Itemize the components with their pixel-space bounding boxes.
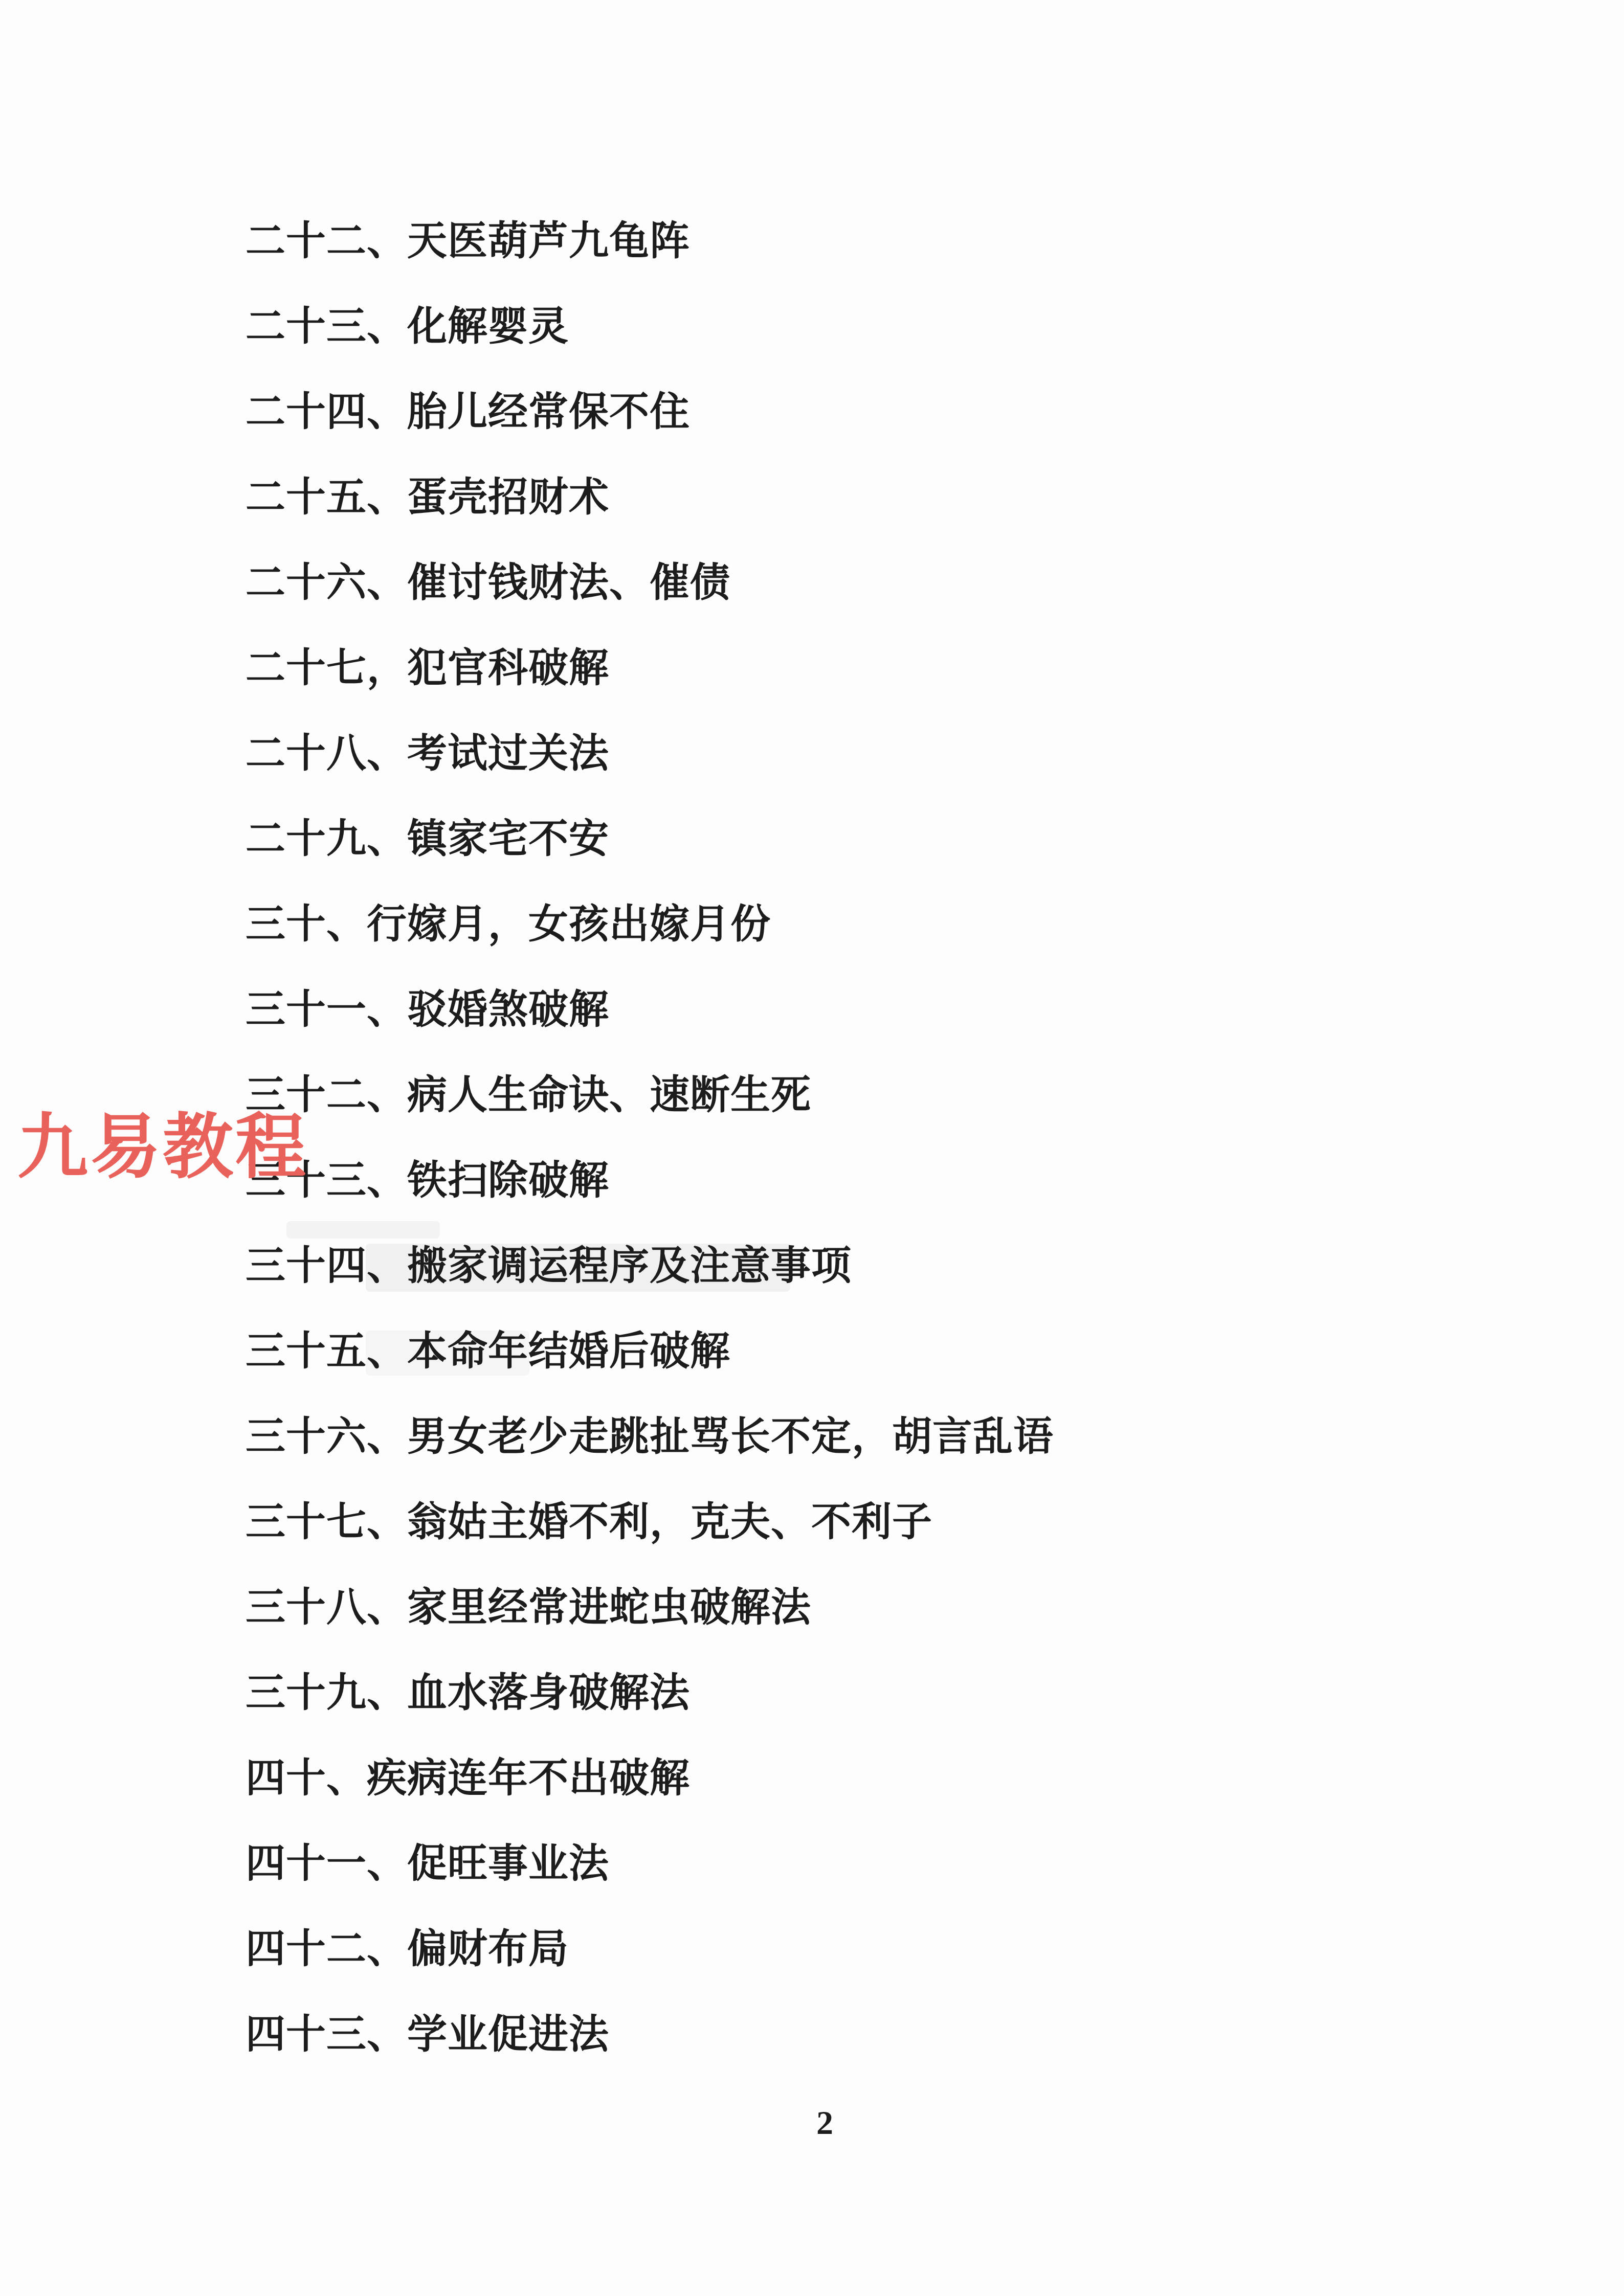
toc-item: 三十八、家里经常进蛇虫破解法 bbox=[246, 1565, 1054, 1650]
document-page: 二十二、天医葫芦九龟阵 二十三、化解婴灵 二十四、胎儿经常保不住 二十五、蛋壳招… bbox=[0, 0, 1624, 2296]
toc-item: 四十、疾病连年不出破解 bbox=[246, 1736, 1054, 1821]
toc-item: 四十三、学业促进法 bbox=[246, 1992, 1054, 2077]
table-of-contents: 二十二、天医葫芦九龟阵 二十三、化解婴灵 二十四、胎儿经常保不住 二十五、蛋壳招… bbox=[246, 198, 1054, 2077]
toc-item: 二十八、考试过关法 bbox=[246, 711, 1054, 796]
brand-watermark: 九易教程 bbox=[17, 1109, 308, 1186]
toc-item: 四十二、偏财布局 bbox=[246, 1906, 1054, 1992]
toc-item: 三十一、驳婚煞破解 bbox=[246, 967, 1054, 1052]
page-number: 2 bbox=[816, 2103, 833, 2143]
toc-item: 二十五、蛋壳招财术 bbox=[246, 455, 1054, 540]
toc-item: 三十三、铁扫除破解 bbox=[246, 1138, 1054, 1223]
toc-item: 三十五、本命年结婚后破解 bbox=[246, 1309, 1054, 1394]
toc-item: 二十七，犯官科破解 bbox=[246, 625, 1054, 711]
toc-item: 二十六、催讨钱财法、催债 bbox=[246, 540, 1054, 625]
toc-item: 三十、行嫁月，女孩出嫁月份 bbox=[246, 882, 1054, 967]
toc-item: 三十六、男女老少走跳扯骂长不定，胡言乱语 bbox=[246, 1394, 1054, 1479]
toc-item: 三十四、搬家调运程序及注意事项 bbox=[246, 1223, 1054, 1309]
toc-item: 二十四、胎儿经常保不住 bbox=[246, 369, 1054, 455]
toc-item: 三十二、病人生命诀、速断生死 bbox=[246, 1052, 1054, 1138]
toc-item: 二十二、天医葫芦九龟阵 bbox=[246, 198, 1054, 284]
toc-item: 二十九、镇家宅不安 bbox=[246, 796, 1054, 882]
toc-item: 三十七、翁姑主婚不利，克夫、不利子 bbox=[246, 1479, 1054, 1565]
toc-item: 四十一、促旺事业法 bbox=[246, 1821, 1054, 1906]
toc-item: 二十三、化解婴灵 bbox=[246, 284, 1054, 369]
toc-item: 三十九、血水落身破解法 bbox=[246, 1650, 1054, 1736]
